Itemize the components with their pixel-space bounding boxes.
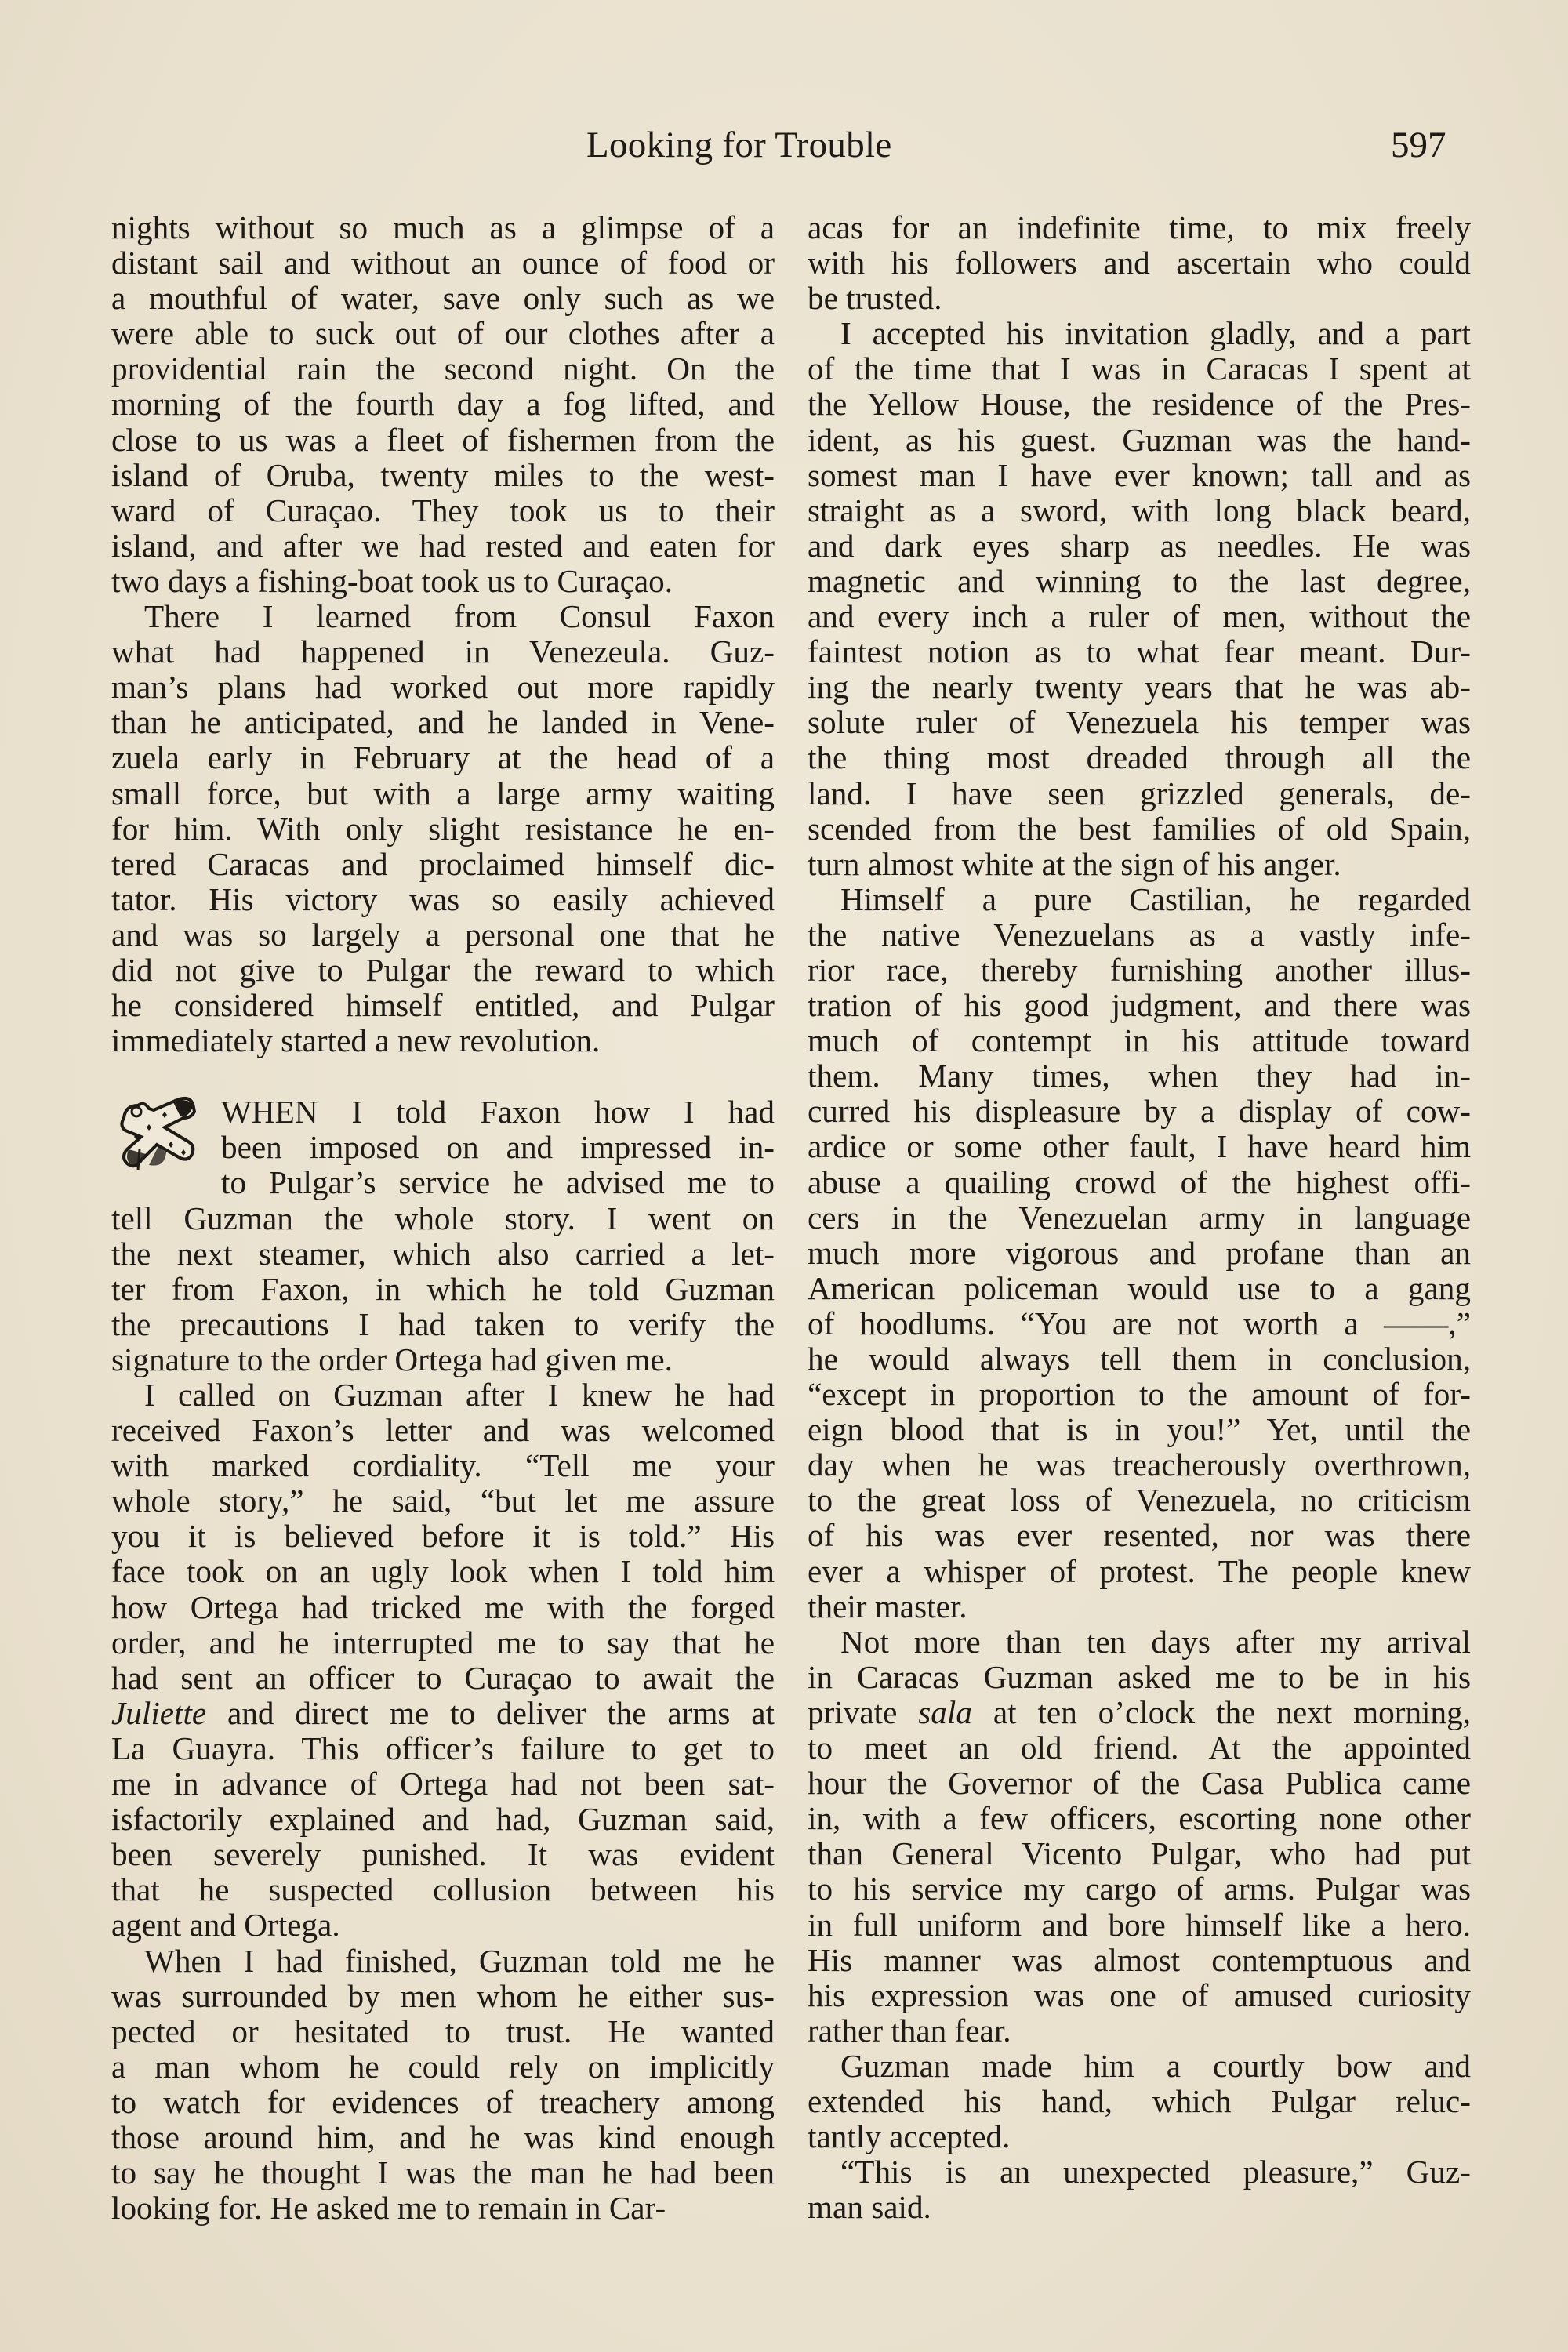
text-line: ter from Faxon, in which he told Guzman: [111, 1272, 775, 1307]
text-fragment: tell Guzman the whole story. I went on: [111, 1200, 775, 1236]
text-line: day when he was treacherously overthrown…: [808, 1447, 1471, 1483]
text-line: pected or hesitated to trust. He wanted: [111, 2014, 775, 2049]
text-fragment: abuse a quailing crowd of the highest of…: [808, 1164, 1471, 1200]
text-line: zuela early in February at the head of a: [111, 740, 775, 775]
text-fragment: land. I have seen grizzled generals, de-: [808, 775, 1471, 811]
text-line: rior race, thereby furnishing another il…: [808, 953, 1471, 988]
text-line: the native Venezuelans as a vastly infe-: [808, 917, 1471, 953]
text-line: for him. With only slight resistance he …: [111, 811, 775, 847]
text-fragment: the precautions I had taken to verify th…: [111, 1306, 775, 1342]
text-line: isfactorily explained and had, Guzman sa…: [111, 1802, 775, 1837]
text-fragment: to say he thought I was the man he had b…: [111, 2154, 775, 2190]
text-line: received Faxon’s letter and was welcomed: [111, 1413, 775, 1448]
text-fragment: American policeman would use to a gang: [808, 1270, 1471, 1306]
text-line: ever a whisper of protest. The people kn…: [808, 1554, 1471, 1589]
text-fragment: to Pulgar’s service he advised me to: [221, 1164, 775, 1200]
text-line: man said.: [808, 2190, 1471, 2225]
text-fragment: small force, but with a large army waiti…: [111, 775, 775, 811]
text-fragment: I accepted his invitation gladly, and a …: [840, 315, 1471, 351]
text-fragment: Not more than ten days after my arrival: [840, 1624, 1471, 1660]
text-line: to Pulgar’s service he advised me to: [111, 1165, 775, 1200]
text-fragment: Himself a pure Castilian, he regarded: [840, 881, 1471, 917]
text-line: in Caracas Guzman asked me to be in his: [808, 1660, 1471, 1695]
text-fragment: for him. With only slight resistance he …: [111, 811, 775, 847]
text-fragment: agent and Ortega.: [111, 1907, 340, 1943]
text-fragment: were able to suck out of our clothes aft…: [111, 315, 775, 351]
text-fragment: eign blood that is in you!” Yet, until t…: [808, 1411, 1471, 1447]
text-line: the precautions I had taken to verify th…: [111, 1307, 775, 1342]
text-line: with his followers and ascertain who cou…: [808, 245, 1471, 281]
text-line: in, with a few officers, escorting none …: [808, 1801, 1471, 1836]
text-line: ward of Curaçao. They took us to their: [111, 493, 775, 528]
text-fragment: ward of Curaçao. They took us to their: [111, 492, 775, 528]
text-line: faintest notion as to what fear meant. D…: [808, 634, 1471, 670]
text-fragment: and was so largely a personal one that h…: [111, 916, 775, 953]
text-fragment: his expression was one of amused curiosi…: [808, 1977, 1471, 2013]
text-fragment: magnetic and winning to the last degree,: [808, 563, 1471, 599]
text-fragment: tator. His victory was so easily achieve…: [111, 881, 775, 917]
text-fragment: acas for an indefinite time, to mix free…: [808, 209, 1471, 245]
text-fragment: extended his hand, which Pulgar reluc-: [808, 2083, 1471, 2119]
text-line: morning of the fourth day a fog lifted, …: [111, 387, 775, 422]
text-line: island of Oruba, twenty miles to the wes…: [111, 458, 775, 493]
text-line: he considered himself entitled, and Pulg…: [111, 988, 775, 1023]
text-fragment: La Guayra. This officer’s failure to get…: [111, 1730, 775, 1766]
text-line: Not more than ten days after my arrival: [808, 1624, 1471, 1660]
right-column: acas for an indefinite time, to mix free…: [808, 210, 1471, 2225]
text-fragment: than General Vicento Pulgar, who had put: [808, 1835, 1471, 1871]
text-fragment: in full uniform and bore himself like a …: [808, 1907, 1471, 1943]
text-fragment: with his followers and ascertain who cou…: [808, 245, 1471, 281]
text-fragment: private: [808, 1694, 918, 1730]
text-fragment: to watch for evidences of treachery amon…: [111, 2084, 775, 2120]
text-fragment: than he anticipated, and he landed in Ve…: [111, 704, 775, 740]
text-fragment: of his was ever resented, nor was there: [808, 1517, 1471, 1553]
text-fragment: the thing most dreaded through all the: [808, 739, 1471, 775]
text-line: his expression was one of amused curiosi…: [808, 1978, 1471, 2013]
text-line: of hoodlums. “You are not worth a ——,”: [808, 1306, 1471, 1341]
italic-term: Juliette: [111, 1695, 206, 1731]
text-line: ident, as his guest. Guzman was the hand…: [808, 423, 1471, 458]
text-line: he would always tell them in conclusion,: [808, 1341, 1471, 1377]
text-fragment: you it is believed before it is told.” H…: [111, 1518, 775, 1554]
text-line: magnetic and winning to the last degree,: [808, 564, 1471, 599]
text-fragment: morning of the fourth day a fog lifted, …: [111, 386, 775, 422]
text-line: eign blood that is in you!” Yet, until t…: [808, 1412, 1471, 1447]
text-line: me in advance of Ortega had not been sat…: [111, 1766, 775, 1802]
left-column: nights without so much as a glimpse of a…: [111, 210, 775, 2226]
text-line: tantly accepted.: [808, 2119, 1471, 2154]
text-line: His manner was almost contemptuous and: [808, 1943, 1471, 1978]
text-line: abuse a quailing crowd of the highest of…: [808, 1165, 1471, 1200]
text-line: with marked cordiality. “Tell me your: [111, 1448, 775, 1483]
text-line: much of contempt in his attitude toward: [808, 1023, 1471, 1058]
text-fragment: of the time that I was in Caracas I spen…: [808, 350, 1471, 387]
text-line: cers in the Venezuelan army in language: [808, 1200, 1471, 1236]
text-fragment: the native Venezuelans as a vastly infe-: [808, 916, 1471, 953]
text-fragment: much of contempt in his attitude toward: [808, 1022, 1471, 1058]
text-fragment: a man whom he could rely on implicitly: [111, 2049, 775, 2085]
text-line: much more vigorous and profane than an: [808, 1236, 1471, 1271]
text-line: small force, but with a large army waiti…: [111, 776, 775, 811]
text-line: whole story,” he said, “but let me assur…: [111, 1483, 775, 1519]
text-fragment: scended from the best families of old Sp…: [808, 811, 1471, 847]
text-fragment: me in advance of Ortega had not been sat…: [111, 1766, 775, 1802]
text-line: agent and Ortega.: [111, 1907, 775, 1943]
text-line: La Guayra. This officer’s failure to get…: [111, 1731, 775, 1766]
text-fragment: of hoodlums. “You are not worth a ——,”: [808, 1305, 1471, 1341]
running-head: Looking for Trouble 597: [0, 124, 1568, 171]
text-line: somest man I have ever known; tall and a…: [808, 458, 1471, 493]
text-line: acas for an indefinite time, to mix free…: [808, 210, 1471, 245]
text-line: There I learned from Consul Faxon: [111, 599, 775, 634]
text-line: was surrounded by men whom he either sus…: [111, 1979, 775, 2014]
text-fragment: he would always tell them in conclusion,: [808, 1341, 1471, 1377]
text-fragment: tration of his good judgment, and there …: [808, 987, 1471, 1023]
text-line: I accepted his invitation gladly, and a …: [808, 316, 1471, 351]
text-fragment: received Faxon’s letter and was welcomed: [111, 1412, 775, 1448]
text-line: scended from the best families of old Sp…: [808, 811, 1471, 847]
text-fragment: had sent an officer to Curaçao to await …: [111, 1660, 775, 1696]
text-fragment: to his service my cargo of arms. Pulgar …: [808, 1871, 1471, 1907]
text-line: to his service my cargo of arms. Pulgar …: [808, 1871, 1471, 1907]
text-line: hour the Governor of the Casa Publica ca…: [808, 1766, 1471, 1801]
text-fragment: with marked cordiality. “Tell me your: [111, 1447, 775, 1483]
text-fragment: day when he was treacherously overthrown…: [808, 1446, 1471, 1483]
text-fragment: tered Caracas and proclaimed himself dic…: [111, 846, 775, 882]
text-fragment: order, and he interrupted me to say that…: [111, 1624, 775, 1661]
text-line: the Yellow House, the residence of the P…: [808, 387, 1471, 422]
text-fragment: their master.: [808, 1588, 967, 1624]
text-fragment: somest man I have ever known; tall and a…: [808, 457, 1471, 493]
italic-term: sala: [918, 1694, 972, 1730]
text-fragment: ident, as his guest. Guzman was the hand…: [808, 422, 1471, 458]
text-line: tration of his good judgment, and there …: [808, 988, 1471, 1023]
running-title: Looking for Trouble: [586, 124, 892, 166]
text-line: did not give to Pulgar the reward to whi…: [111, 953, 775, 988]
text-line: those around him, and he was kind enough: [111, 2120, 775, 2155]
text-fragment: straight as a sword, with long black bea…: [808, 492, 1471, 528]
text-fragment: and direct me to deliver the arms at: [206, 1695, 775, 1731]
text-fragment: ing the nearly twenty years that he was …: [808, 669, 1471, 705]
text-line: curred his displeasure by a display of c…: [808, 1094, 1471, 1129]
section-break: [111, 1058, 775, 1094]
text-line: two days a fishing-boat took us to Curaç…: [111, 564, 775, 599]
text-fragment: island, and after we had rested and eate…: [111, 528, 775, 564]
text-line: ardice or some other fault, I have heard…: [808, 1129, 1471, 1164]
text-line: them. Many times, when they had in-: [808, 1058, 1471, 1094]
text-line: “This is an unexpected pleasure,” Guz-: [808, 2154, 1471, 2190]
text-line: island, and after we had rested and eate…: [111, 528, 775, 564]
text-fragment: tantly accepted.: [808, 2118, 1010, 2154]
text-fragment: he considered himself entitled, and Pulg…: [111, 987, 775, 1023]
text-fragment: distant sail and without an ounce of foo…: [111, 245, 775, 281]
text-line: of the time that I was in Caracas I spen…: [808, 351, 1471, 387]
text-line: extended his hand, which Pulgar reluc-: [808, 2084, 1471, 2119]
text-fragment: to meet an old friend. At the appointed: [808, 1730, 1471, 1766]
text-line: tered Caracas and proclaimed himself dic…: [111, 847, 775, 882]
text-fragment: zuela early in February at the head of a: [111, 739, 775, 775]
text-line: straight as a sword, with long black bea…: [808, 493, 1471, 528]
text-line: solute ruler of Venezuela his temper was: [808, 705, 1471, 740]
text-fragment: face took on an ugly look when I told hi…: [111, 1553, 775, 1589]
text-fragment: been severely punished. It was evident: [111, 1836, 775, 1872]
text-line: what had happened in Venezeula. Guz-: [111, 634, 775, 670]
text-fragment: and dark eyes sharp as needles. He was: [808, 528, 1471, 564]
text-fragment: those around him, and he was kind enough: [111, 2119, 775, 2155]
text-line: than he anticipated, and he landed in Ve…: [111, 705, 775, 740]
text-fragment: them. Many times, when they had in-: [808, 1058, 1471, 1094]
text-fragment: was surrounded by men whom he either sus…: [111, 1978, 775, 2014]
text-fragment: I called on Guzman after I knew he had: [144, 1377, 775, 1413]
text-line: be trusted.: [808, 281, 1471, 316]
text-fragment: much more vigorous and profane than an: [808, 1235, 1471, 1271]
text-fragment: immediately started a new revolution.: [111, 1022, 600, 1058]
text-line: than General Vicento Pulgar, who had put: [808, 1836, 1471, 1871]
text-fragment: ever a whisper of protest. The people kn…: [808, 1553, 1471, 1589]
text-fragment: that he suspected collusion between his: [111, 1871, 775, 1907]
text-line: private sala at ten o’clock the next mor…: [808, 1695, 1471, 1730]
text-fragment: man’s plans had worked out more rapidly: [111, 669, 775, 705]
text-line: looking for. He asked me to remain in Ca…: [111, 2190, 775, 2226]
text-line: and was so largely a personal one that h…: [111, 917, 775, 953]
text-fragment: rior race, thereby furnishing another il…: [808, 952, 1471, 988]
text-line: distant sail and without an ounce of foo…: [111, 245, 775, 281]
text-fragment: whole story,” he said, “but let me assur…: [111, 1483, 775, 1519]
text-fragment: island of Oruba, twenty miles to the wes…: [111, 457, 775, 493]
text-fragment: looking for. He asked me to remain in Ca…: [111, 2190, 666, 2226]
text-fragment: ter from Faxon, in which he told Guzman: [111, 1271, 775, 1307]
text-line: to say he thought I was the man he had b…: [111, 2155, 775, 2190]
text-fragment: be trusted.: [808, 280, 942, 316]
text-fragment: how Ortega had tricked me with the forge…: [111, 1589, 775, 1625]
text-line: nights without so much as a glimpse of a: [111, 210, 775, 245]
text-fragment: curred his displeasure by a display of c…: [808, 1093, 1471, 1129]
text-line: and every inch a ruler of men, without t…: [808, 599, 1471, 634]
text-fragment: providential rain the second night. On t…: [111, 350, 775, 387]
text-line: been imposed on and impressed in-: [111, 1130, 775, 1165]
text-line: you it is believed before it is told.” H…: [111, 1519, 775, 1554]
text-line: When I had finished, Guzman told me he: [111, 1944, 775, 1979]
text-fragment: close to us was a fleet of fishermen fro…: [111, 422, 775, 458]
text-fragment: at ten o’clock the next morning,: [972, 1694, 1471, 1730]
text-line: tator. His victory was so easily achieve…: [111, 882, 775, 917]
text-line: in full uniform and bore himself like a …: [808, 1907, 1471, 1943]
text-line: the next steamer, which also carried a l…: [111, 1236, 775, 1272]
text-line: that he suspected collusion between his: [111, 1872, 775, 1907]
text-line: to meet an old friend. At the appointed: [808, 1730, 1471, 1766]
text-line: to watch for evidences of treachery amon…: [111, 2085, 775, 2120]
text-fragment: the Yellow House, the residence of the P…: [808, 386, 1471, 422]
text-line: had sent an officer to Curaçao to await …: [111, 1661, 775, 1696]
text-line: the thing most dreaded through all the: [808, 740, 1471, 775]
text-fragment: a mouthful of water, save only such as w…: [111, 280, 775, 316]
text-line: providential rain the second night. On t…: [111, 351, 775, 387]
text-fragment: solute ruler of Venezuela his temper was: [808, 704, 1471, 740]
text-fragment: did not give to Pulgar the reward to whi…: [111, 952, 775, 988]
text-line: tell Guzman the whole story. I went on: [111, 1201, 775, 1236]
text-line: turn almost white at the sign of his ang…: [808, 847, 1471, 882]
page-number: 597: [1391, 124, 1446, 166]
text-fragment: There I learned from Consul Faxon: [144, 598, 775, 634]
text-line: ing the nearly twenty years that he was …: [808, 670, 1471, 705]
text-line: close to us was a fleet of fishermen fro…: [111, 423, 775, 458]
text-fragment: the next steamer, which also carried a l…: [111, 1236, 775, 1272]
text-fragment: been imposed on and impressed in-: [221, 1129, 775, 1165]
text-line: WHEN I told Faxon how I had: [111, 1094, 775, 1130]
text-fragment: two days a fishing-boat took us to Curaç…: [111, 563, 673, 599]
text-fragment: pected or hesitated to trust. He wanted: [111, 2013, 775, 2049]
text-line: were able to suck out of our clothes aft…: [111, 316, 775, 351]
text-line: a man whom he could rely on implicitly: [111, 2049, 775, 2085]
text-fragment: When I had finished, Guzman told me he: [144, 1943, 775, 1979]
text-line: Juliette and direct me to deliver the ar…: [111, 1696, 775, 1731]
text-fragment: rather than fear.: [808, 2013, 1011, 2049]
text-line: been severely punished. It was evident: [111, 1837, 775, 1872]
text-line: I called on Guzman after I knew he had: [111, 1377, 775, 1413]
text-line: American policeman would use to a gang: [808, 1271, 1471, 1306]
text-fragment: hour the Governor of the Casa Publica ca…: [808, 1765, 1471, 1801]
text-line: “except in proportion to the amount of f…: [808, 1377, 1471, 1412]
text-line: signature to the order Ortega had given …: [111, 1342, 775, 1377]
text-fragment: Guzman made him a courtly bow and: [840, 2048, 1471, 2084]
text-line: how Ortega had tricked me with the forge…: [111, 1590, 775, 1625]
text-fragment: in Caracas Guzman asked me to be in his: [808, 1659, 1471, 1695]
text-fragment: man said.: [808, 2189, 931, 2225]
text-fragment: “This is an unexpected pleasure,” Guz-: [840, 2154, 1471, 2190]
text-line: man’s plans had worked out more rapidly: [111, 670, 775, 705]
text-line: immediately started a new revolution.: [111, 1023, 775, 1058]
text-fragment: His manner was almost contemptuous and: [808, 1942, 1471, 1978]
text-fragment: faintest notion as to what fear meant. D…: [808, 633, 1471, 670]
text-line: land. I have seen grizzled generals, de-: [808, 776, 1471, 811]
text-line: rather than fear.: [808, 2013, 1471, 2049]
text-fragment: isfactorily explained and had, Guzman sa…: [111, 1801, 775, 1837]
text-fragment: signature to the order Ortega had given …: [111, 1341, 673, 1377]
text-fragment: WHEN I told Faxon how I had: [221, 1094, 775, 1130]
text-line: to the great loss of Venezuela, no criti…: [808, 1483, 1471, 1518]
text-line: Guzman made him a courtly bow and: [808, 2049, 1471, 2084]
text-line: face took on an ugly look when I told hi…: [111, 1554, 775, 1589]
text-fragment: and every inch a ruler of men, without t…: [808, 598, 1471, 634]
text-fragment: what had happened in Venezeula. Guz-: [111, 633, 775, 670]
text-line: of his was ever resented, nor was there: [808, 1518, 1471, 1553]
text-line: their master.: [808, 1589, 1471, 1624]
text-fragment: “except in proportion to the amount of f…: [808, 1376, 1471, 1412]
text-fragment: cers in the Venezuelan army in language: [808, 1200, 1471, 1236]
text-fragment: ardice or some other fault, I have heard…: [808, 1128, 1471, 1164]
text-line: a mouthful of water, save only such as w…: [111, 281, 775, 316]
text-fragment: to the great loss of Venezuela, no criti…: [808, 1482, 1471, 1518]
text-line: order, and he interrupted me to say that…: [111, 1625, 775, 1661]
text-fragment: in, with a few officers, escorting none …: [808, 1800, 1471, 1836]
text-fragment: turn almost white at the sign of his ang…: [808, 846, 1341, 882]
text-line: Himself a pure Castilian, he regarded: [808, 882, 1471, 917]
text-line: and dark eyes sharp as needles. He was: [808, 528, 1471, 564]
text-fragment: nights without so much as a glimpse of a: [111, 209, 775, 245]
